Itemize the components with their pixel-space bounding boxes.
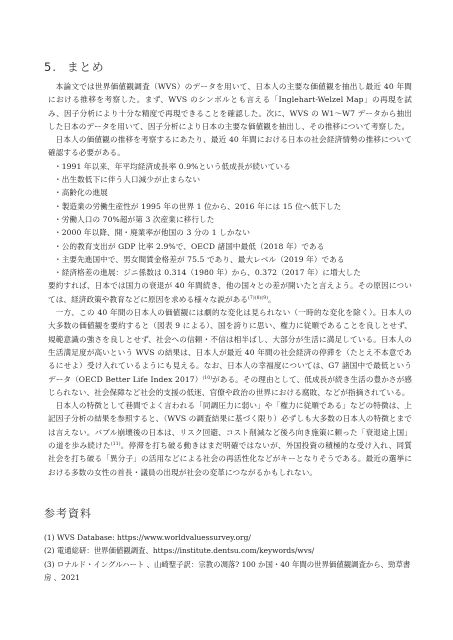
section-heading: 5.まとめ: [44, 59, 104, 75]
paragraph-values: 一方、この 40 年間の日本人の価値観には劇的な変化は見られない（一時的な変化を…: [48, 306, 412, 399]
summary-body: 本論文では世界価値観調査（WVS）のデータを用いて、日本人の主要な価値観を抽出し…: [48, 80, 412, 479]
paragraph-context: 日本人の価値観の推移を考察するにあたり、最近 40 年間における日本の社会経済情…: [48, 133, 412, 160]
bullet-list: ・1991 年以来、年平均経済成長率 0.9%という低成長が続いている ・出生数…: [48, 160, 412, 280]
references-list: (1) WVS Database: https://www.worldvalue…: [44, 531, 412, 584]
bullet-item: ・製造業の労働生産性が 1995 年の世界 1 位から、2016 年には 15 …: [48, 200, 412, 213]
bullet-item: ・公的教育支出が GDP 比率 2.9%で、OECD 諸国中最低（2018 年）…: [48, 240, 412, 253]
citation-marker: (11): [111, 442, 121, 447]
reference-item: (1) WVS Database: https://www.worldvalue…: [44, 531, 412, 544]
paragraph-characteristics: 日本人の特徴として巷間でよく言われる「同調圧力に弱い」や「権力に従順である」など…: [48, 399, 412, 479]
citation-marker: (10): [202, 376, 212, 381]
paragraph-summary: 要約すれば、日本では国力の衰退が 40 年間続き、他の国々との差が開いたと言えよ…: [48, 279, 412, 306]
bullet-item: ・2000 年以降、開・廃業率が他国の 3 分の 1 しかない: [48, 226, 412, 239]
bullet-item: ・出生数低下に伴う人口減少が止まらない: [48, 173, 412, 186]
references-heading: 参考資料: [44, 505, 92, 521]
bullet-item: ・主要先進国中で、男女間賃金格差が 75.5 であり、最大レベル（2019 年）…: [48, 253, 412, 266]
bullet-item: ・経済格差の進展：ジニ係数は 0.314（1980 年）から、0.372（201…: [48, 266, 412, 279]
document-page: 5.まとめ 本論文では世界価値観調査（WVS）のデータを用いて、日本人の主要な価…: [0, 0, 453, 640]
bullet-item: ・1991 年以来、年平均経済成長率 0.9%という低成長が続いている: [48, 160, 412, 173]
bullet-item: ・労働人口の 70%超が第 3 次産業に移行した: [48, 213, 412, 226]
section-title: まとめ: [67, 60, 105, 74]
paragraph-intro: 本論文では世界価値観調査（WVS）のデータを用いて、日本人の主要な価値観を抽出し…: [48, 80, 412, 133]
reference-item: (3) ロナルド・イングルハート 、山崎聖子訳：宗教の凋落? 100 か国・40…: [44, 558, 412, 585]
reference-item: (2) 電通総研：世界価値観調査、https://institute.dents…: [44, 544, 412, 557]
section-number: 5.: [44, 60, 57, 74]
bullet-item: ・高齢化の進展: [48, 186, 412, 199]
citation-marker: (7)(8)(9): [248, 296, 268, 301]
